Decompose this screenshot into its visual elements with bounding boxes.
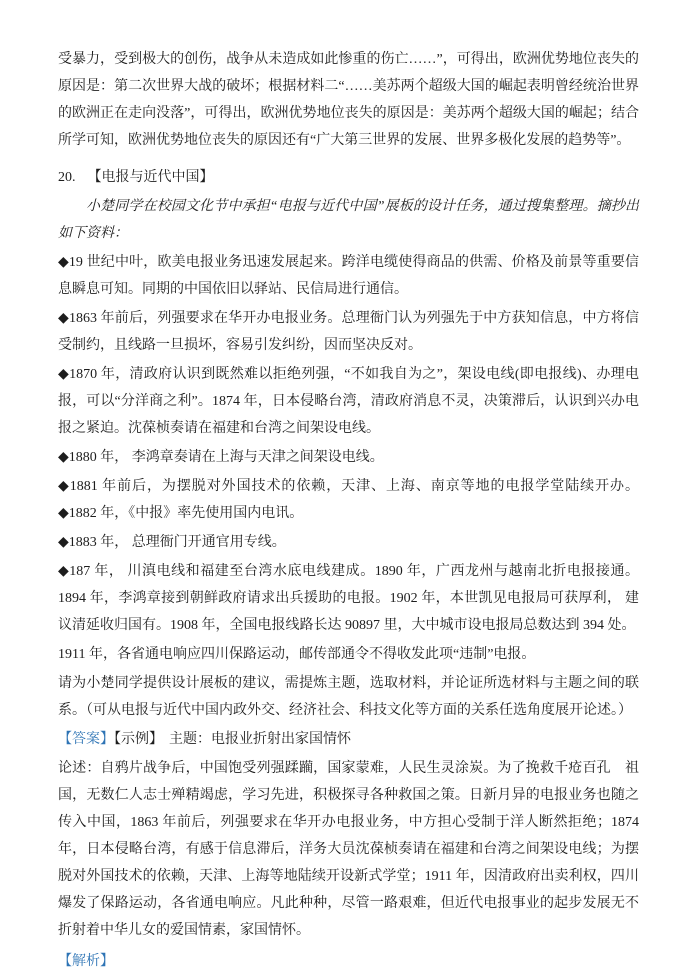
material-paragraph-5: ◆1881 年前后，为摆脱对外国技术的依赖，天津、上海、南京等地的电报学堂陆续开… xyxy=(58,473,639,527)
material-paragraph-3: ◆1870 年，清政府认识到既然难以拒绝列强，“不如我自为之”，架设电线(即电报… xyxy=(58,361,639,442)
material-paragraph-6: ◆1883 年， 总理衙门开通官用专线。 xyxy=(58,529,639,556)
example-label: 【示例】 xyxy=(114,732,163,747)
analysis-heading-line: 【解析】 xyxy=(58,948,639,975)
question-number: 20. xyxy=(58,164,76,191)
material-paragraph-2: ◆1863 年前后，列强要求在华开办电报业务。总理衙门认为列强先于中方获知信息，… xyxy=(58,305,639,359)
material-paragraph-7: ◆187 年， 川滇电线和福建至台湾水底电线建成。1890 年，广西龙州与越南北… xyxy=(58,558,639,639)
document-page: 受暴力，受到极大的创伤，战争从未造成如此惨重的伤亡……”，可得出，欧洲优势地位丧… xyxy=(0,0,691,977)
prev-answer-tail: 受暴力，受到极大的创伤，战争从未造成如此惨重的伤亡……”，可得出，欧洲优势地位丧… xyxy=(58,46,639,154)
material-paragraph-1: ◆19 世纪中叶，欧美电报业务迅速发展起来。跨洋电缆使得商品的供需、价格及前景等… xyxy=(58,249,639,303)
material-paragraph-8: 1911 年，各省通电响应四川保路运动，邮传部通令不得收发此项“违制”电报。 xyxy=(58,641,639,668)
question-20-heading: 20.【电报与近代中国】 xyxy=(58,164,639,191)
question-intro: 小楚同学在校园文化节中承担“电报与近代中国”展板的设计任务，通过搜集整理。摘抄出… xyxy=(58,193,639,247)
material-paragraph-4: ◆1880 年， 李鸿章奏请在上海与天津之间架设电线。 xyxy=(58,444,639,471)
question-title: 【电报与近代中国】 xyxy=(88,170,214,185)
answer-label: 【答案】 xyxy=(58,732,114,747)
answer-theme: 主题：电报业折射出家国情怀 xyxy=(169,732,351,747)
task-paragraph: 请为小楚同学提供设计展板的建议，需提炼主题，选取材料，并论证所选材料与主题之间的… xyxy=(58,670,639,724)
answer-discussion: 论述：自鸦片战争后，中国饱受列强蹂躏，国家蒙难，人民生灵涂炭。为了挽救千疮百孔 … xyxy=(58,755,639,944)
answer-heading-line: 【答案】【示例】主题：电报业折射出家国情怀 xyxy=(58,726,639,753)
analysis-label: 【解析】 xyxy=(58,954,114,969)
